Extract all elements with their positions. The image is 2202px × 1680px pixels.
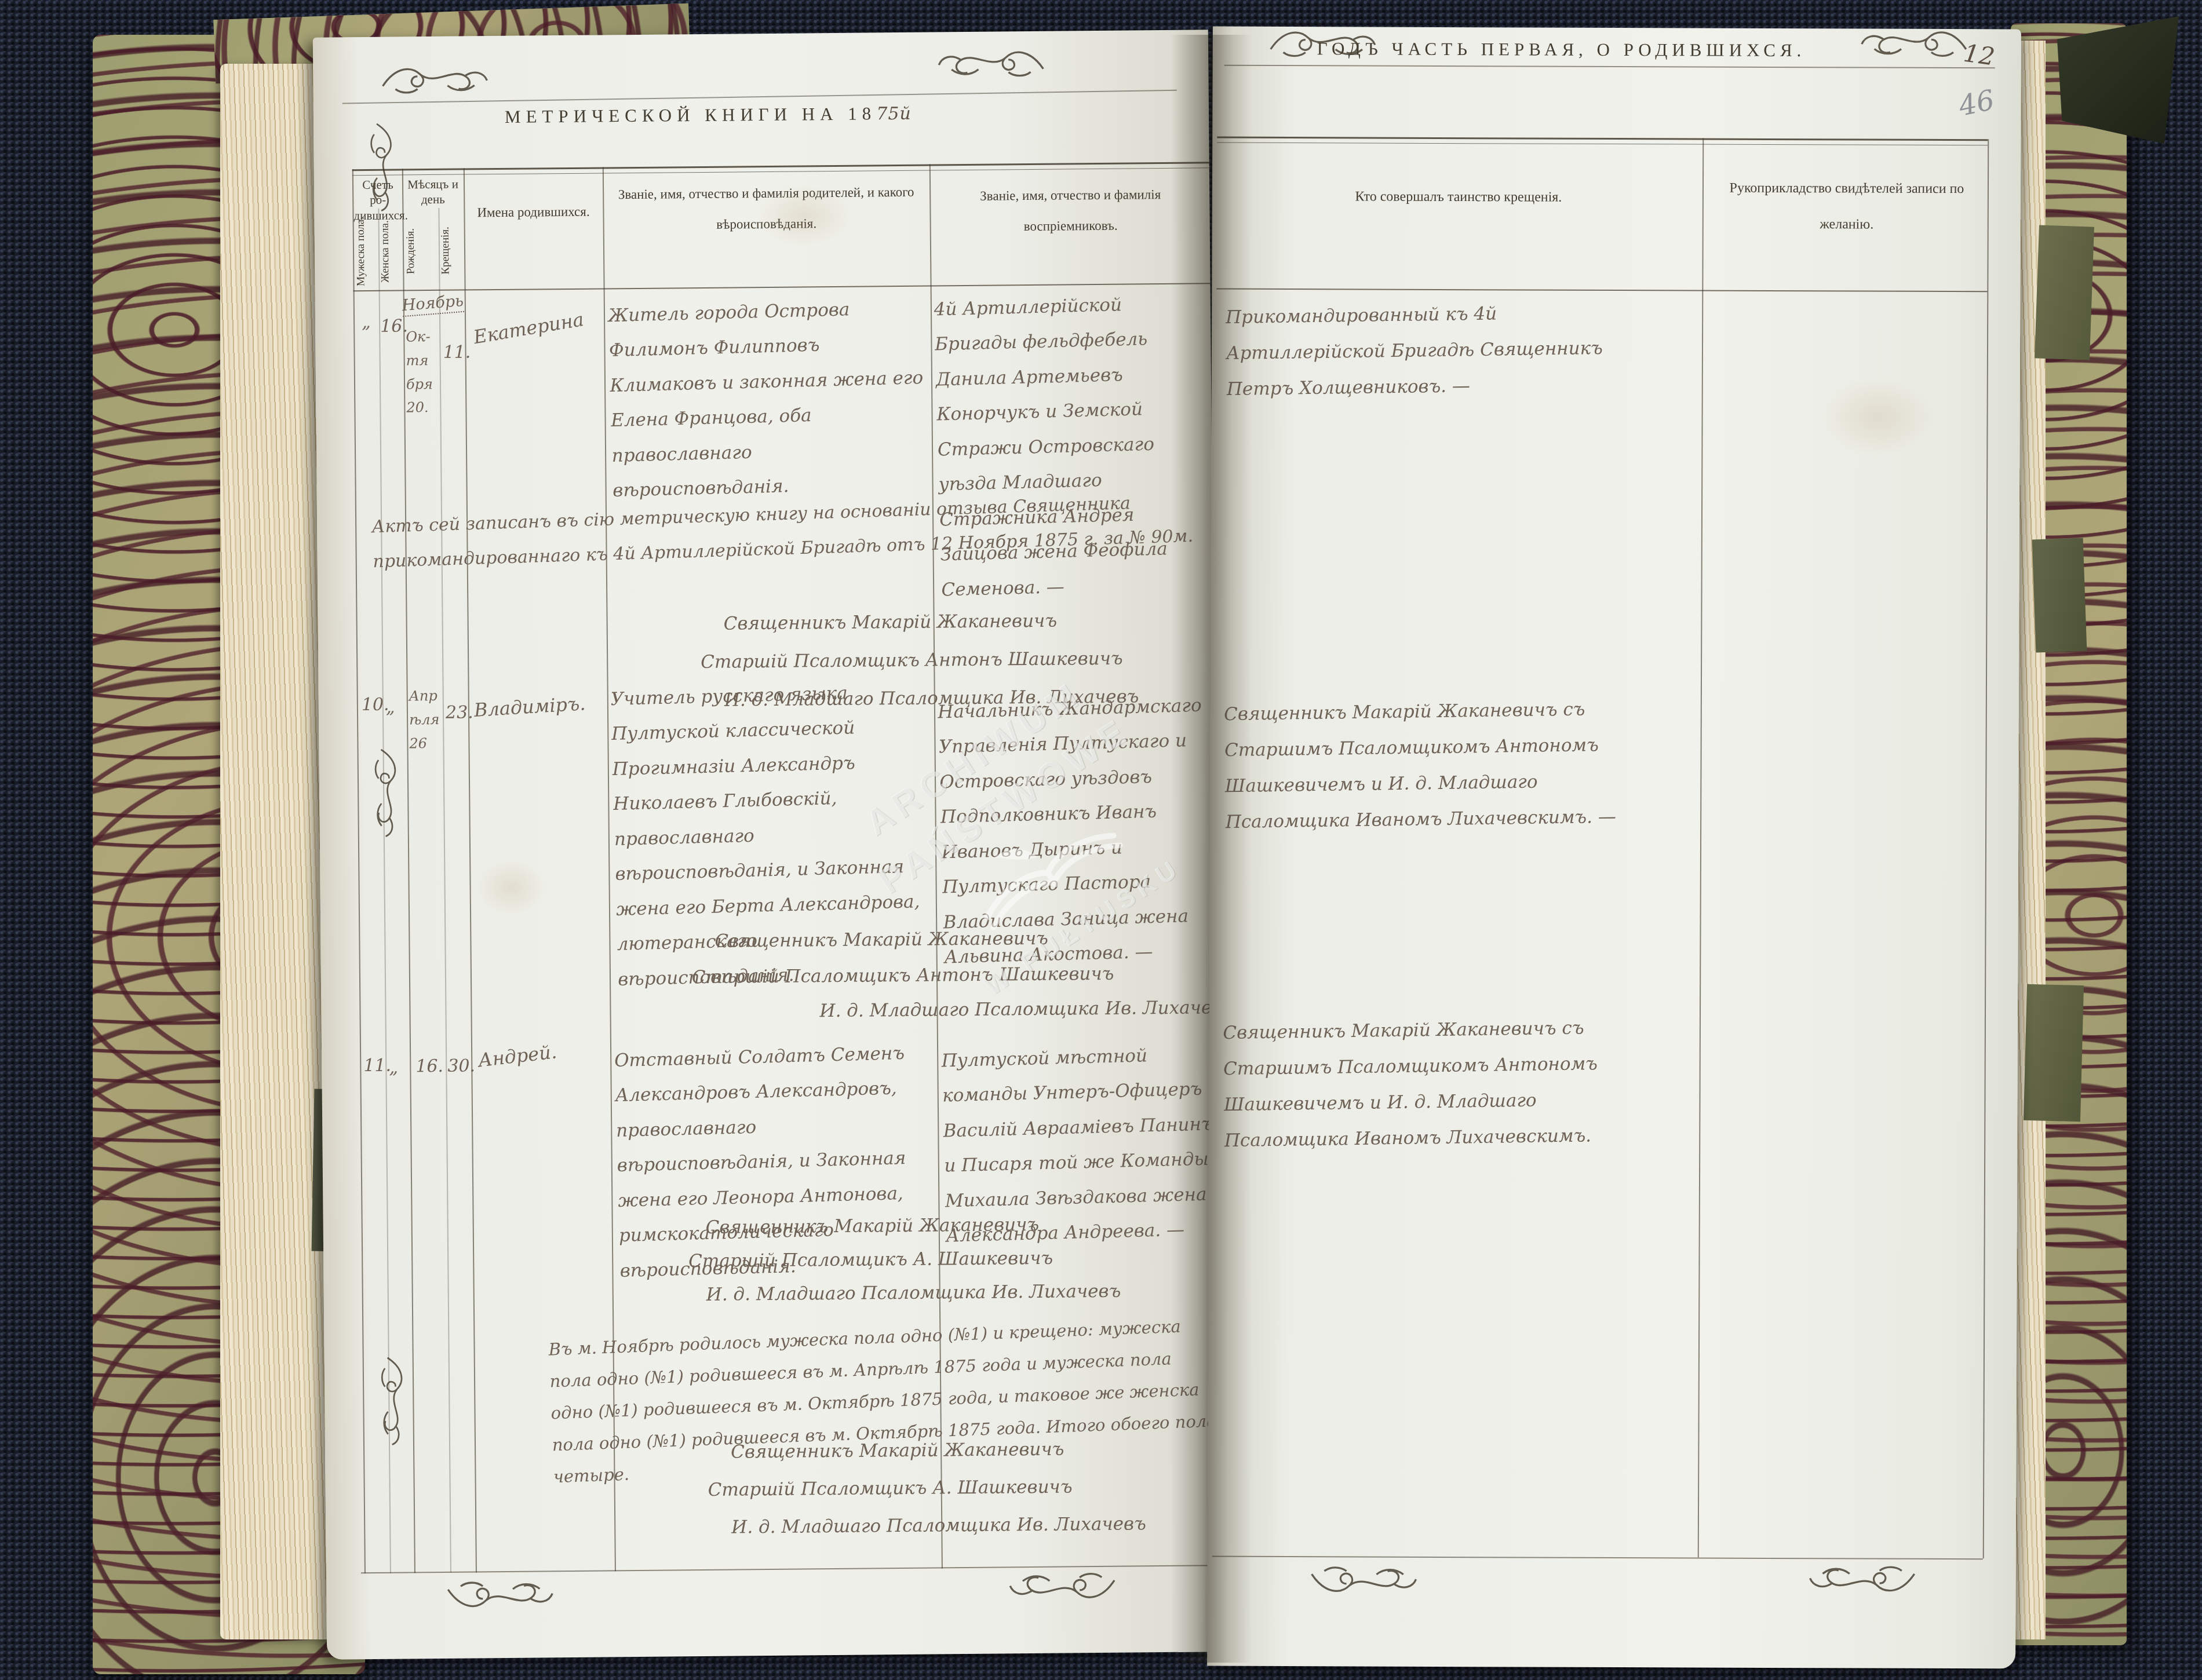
- header-bottom-rule-r: [1216, 288, 1987, 293]
- entry2-name: Влади­міръ.: [473, 685, 596, 728]
- ornament-bottom-left-r: [1277, 1563, 1450, 1598]
- officiant-entry-3: Священникъ Макарій Жаканевичъ съ Старшим…: [1223, 1009, 1656, 1159]
- green-tape-tab-1: [2035, 225, 2094, 360]
- sig3-junior-psalmist: И. д. Младшаго Псаломщика Ив. Лихачевъ: [706, 1281, 1121, 1305]
- folio-pencil-number: 46: [1956, 84, 1997, 123]
- header-names: Имена родив­шихся.: [466, 197, 600, 228]
- entry1-no-female: 16.: [380, 316, 408, 336]
- left-page: МЕТРИЧЕСКОЙ КНИГИ НА 1875й Счетъ ро­дивш…: [313, 30, 1222, 1659]
- officiant-entry-1: Прикомандированный къ 4й Артиллерійской …: [1226, 294, 1650, 407]
- entry2-no-female: „: [386, 697, 395, 718]
- title-printed-part: МЕТРИЧЕСКОЙ КНИГИ НА 18: [505, 103, 877, 127]
- entry2-no-male: 10.: [362, 695, 389, 715]
- grid-line-birth-baptism: [438, 208, 451, 1573]
- page-stain-2: [476, 858, 546, 916]
- sig2-junior-psalmist: И. д. Младшаго Псаломщика Ив. Лихачевъ: [819, 997, 1234, 1021]
- sig4-senior-psalmist: Старшій Псаломщикъ А. Шашкевичъ: [708, 1476, 1073, 1500]
- left-page-title: МЕТРИЧЕСКОЙ КНИГИ НА 1875й: [505, 101, 1177, 127]
- sig3-priest: Священникъ Макарій Жаканевичъ: [706, 1214, 1040, 1238]
- green-tape-tab-2: [2032, 538, 2087, 653]
- ornament-top-left: [348, 61, 522, 98]
- entry1-parents: Житель города Острова Филимонъ Филипповъ…: [608, 290, 929, 509]
- sig1-priest: Священникъ Макарій Жаканевичъ: [724, 611, 1058, 634]
- entry3-name: Андрей.: [477, 1040, 557, 1071]
- header-count-male: Мужеска пола.: [355, 214, 378, 289]
- right-page: ГОДЪ ЧАСТЬ ПЕРВАЯ, О РОДИВШИХСЯ. 12 46 К…: [1207, 27, 2021, 1669]
- ornament-bottom-left: [413, 1577, 588, 1614]
- entry2-birth-day: Апрѣ­ля 26: [409, 684, 442, 755]
- right-title-rule: [1224, 65, 1995, 69]
- entry2-baptism-day: 23.: [446, 702, 473, 722]
- margin-flourish-3: [378, 1337, 408, 1464]
- grid-line-officiant-witness: [1698, 138, 1704, 1558]
- right-page-title: ГОДЪ ЧАСТЬ ПЕРВАЯ, О РОДИВШИХСЯ.: [1317, 38, 1955, 61]
- table-top-rule: [352, 162, 1209, 176]
- header-date-birth: Рожде­нія.: [404, 213, 438, 288]
- sig3-senior-psalmist: Старшій Псаломщикъ А. Шашкевичъ: [688, 1248, 1053, 1272]
- sig1-senior-psalmist: Старшій Псаломщикъ Антонъ Шашкевичъ: [701, 648, 1123, 673]
- ornament-bottom-right-r: [1775, 1562, 1949, 1598]
- header-witnesses: Рукоприкладство свидѣтелей записи по жел…: [1722, 170, 1971, 243]
- entry3-no-male: 11.: [363, 1056, 391, 1076]
- header-godparents: Званіе, имя, отчество и фамилія воспріем…: [940, 179, 1201, 243]
- sig2-senior-psalmist: Старшій Псаломщикъ Антонъ Шашкевичъ: [692, 963, 1114, 988]
- title-handwritten-year: 75й: [876, 104, 912, 125]
- header-count-female: Женска пола.: [379, 213, 403, 288]
- sig4-junior-psalmist: И. д. Младшаго Псаломщика Ив. Лихачевъ: [731, 1513, 1146, 1537]
- entry1-birth-day: Ок­тяб­ря 20.: [406, 325, 439, 420]
- entry1-baptism-day: 11.: [443, 342, 471, 362]
- page-stain-3: [1820, 376, 1935, 458]
- sig4-priest: Священникъ Макарій Жаканевичъ: [731, 1439, 1064, 1463]
- officiant-entry-2: Священникъ Макарій Жаканевичъ съ Старшим…: [1224, 691, 1657, 840]
- grid-line-left-edge: [352, 169, 366, 1573]
- ornament-top-right: [904, 45, 1078, 81]
- entry3-baptism-day: 30.: [447, 1056, 475, 1076]
- grid-line-right-edge: [1983, 139, 1989, 1558]
- entry1-month: Ноябрь: [402, 292, 465, 317]
- ornament-bottom-right: [975, 1569, 1150, 1605]
- green-tape-tab-3: [2024, 984, 2084, 1122]
- entry3-birth-day: 16.: [415, 1056, 443, 1076]
- header-date-baptism: Креще­нія.: [439, 213, 463, 288]
- folio-ink-number: 12: [1962, 39, 1997, 71]
- header-officiant: Кто совершалъ таинство крещенія.: [1247, 189, 1670, 206]
- entry1-no-male: „: [362, 312, 371, 333]
- table-bottom-rule-r: [1212, 1556, 1983, 1560]
- sig2-priest: Священникъ Макарій Жаканевичъ: [714, 928, 1048, 952]
- header-date-group: Мѣсяцъ и день: [402, 177, 464, 207]
- entry1-name: Екатерина: [472, 308, 585, 348]
- monthly-summary: Въ м. Ноябрѣ родилось мужеска пола одно …: [548, 1309, 1220, 1493]
- margin-flourish-2: [371, 729, 402, 857]
- table-top-rule-r: [1217, 137, 1988, 146]
- grid-line-date-name: [464, 169, 477, 1573]
- entry3-no-female: „: [389, 1058, 398, 1078]
- photo-of-metrical-book: { "watermark": { "line1": "ARCHIWUM", "l…: [0, 0, 2202, 1680]
